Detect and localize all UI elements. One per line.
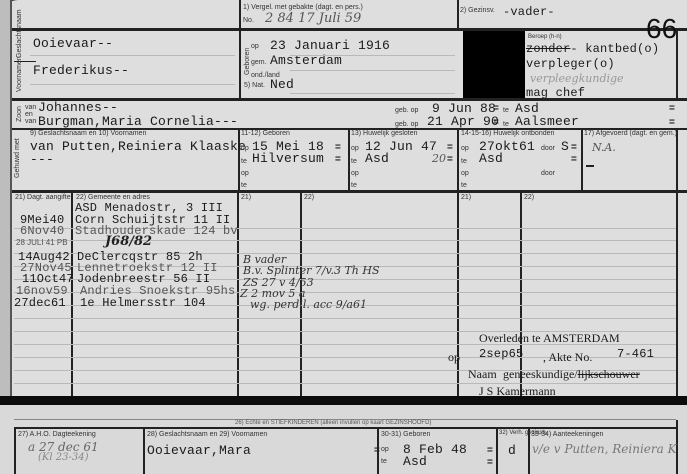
op-label: op xyxy=(461,145,469,152)
child-name: Ooievaar,Mara xyxy=(147,443,251,458)
marriage-hand: 20 xyxy=(432,152,446,165)
te-label: te xyxy=(351,182,357,189)
spouse-name-label: 9) Geslachtsnaam en 10) Voornamen xyxy=(30,130,146,137)
te-label: te xyxy=(381,458,387,465)
birth-date: 23 Januari 1916 xyxy=(270,38,390,53)
mother-place: Aalsmeer xyxy=(515,114,579,129)
no-value: 2 84 17 Juli 59 xyxy=(265,11,361,26)
rule xyxy=(14,383,676,384)
dash-mark xyxy=(586,165,594,167)
ontbonden-label: 14-15-16) Huwelijk ontbonden xyxy=(461,130,554,137)
door-label: door xyxy=(541,145,555,152)
zoon-label: Zoon xyxy=(16,106,23,122)
aho-hand2: (Kl 23-34) xyxy=(38,452,88,463)
te-label: te xyxy=(351,158,357,165)
col2-label-22: 22) xyxy=(304,194,314,201)
eq-mark: = xyxy=(493,117,499,128)
rule xyxy=(348,128,350,190)
te-label: te xyxy=(461,158,467,165)
rule xyxy=(676,190,678,396)
beroep-struck: zonder xyxy=(526,42,570,56)
mother-birth: 21 Apr 90 xyxy=(427,114,499,129)
dissolved-place: Asd xyxy=(479,151,503,166)
van-label-2: van xyxy=(25,118,36,125)
death-date: 2sep65 xyxy=(479,347,523,361)
rule xyxy=(14,427,16,474)
address-text: Stadhouderskade 124 bv xyxy=(75,224,238,238)
col3-label-21: 21) xyxy=(461,194,471,201)
redacted-photo xyxy=(463,31,525,98)
eq-mark: = xyxy=(487,445,493,456)
rule xyxy=(71,190,73,396)
eq-mark: = xyxy=(447,154,453,165)
eq-mark: = xyxy=(571,154,577,165)
op-label: op xyxy=(381,446,389,453)
aant-hand: v/e v Putten, Reiniera K xyxy=(532,442,677,456)
vergel-label: 1) Vergel. met gebakte (dagt. en pers.) xyxy=(243,4,363,11)
child-birth-place: Asd xyxy=(403,454,427,469)
eq-mark: = xyxy=(335,154,341,165)
rule xyxy=(581,128,583,190)
door-label-2: door xyxy=(541,170,555,177)
persoonskaart-bottom xyxy=(0,405,687,474)
eq-mark: = xyxy=(669,103,675,114)
te-label: te xyxy=(461,182,467,189)
gezinsv-label: 2) Gezinsv. xyxy=(460,7,495,14)
col2-label-21: 21) xyxy=(241,194,251,201)
op-label: op xyxy=(351,170,359,177)
en-label: en xyxy=(25,111,33,118)
op-label: op xyxy=(351,145,359,152)
rule xyxy=(290,55,455,56)
op-label: op xyxy=(241,145,249,152)
spouse-birth-place: Hilversum xyxy=(252,151,324,166)
children-header: 26) Echte en STIEFKINDEREN (alleen invul… xyxy=(235,420,431,426)
child-geboren-label: 30-31) Geboren xyxy=(381,431,430,438)
rule xyxy=(14,61,36,62)
rule xyxy=(14,318,676,319)
eq-mark: = xyxy=(571,142,577,153)
geneeskundige-label: geneeskundige/lijkschouwer xyxy=(503,367,640,382)
van-label: van xyxy=(25,104,36,111)
surname: Ooievaar-- xyxy=(33,36,113,51)
rule xyxy=(14,427,676,429)
rule xyxy=(237,190,239,396)
spouse-name-cont: --- xyxy=(30,152,54,167)
eq-mark: = xyxy=(669,117,675,128)
rule xyxy=(496,427,498,474)
nationality: Ned xyxy=(270,77,294,92)
dagt-aangifte-label: 21) Dagt. aangifte xyxy=(15,194,71,201)
nat-label: 5) Nat. xyxy=(244,82,265,89)
eq-mark: = xyxy=(447,142,453,153)
gemeente-adres-label: 22) Gemeente en adres xyxy=(76,194,150,201)
aant-label: 33-34) Aanteekeningen xyxy=(531,431,603,438)
col3-label-22: 22) xyxy=(524,194,534,201)
aho-label: 27) A.H.O. Dagteekening xyxy=(18,431,96,438)
death-op-label: op xyxy=(448,350,460,365)
op-label: op xyxy=(241,170,249,177)
eq-mark: = xyxy=(335,142,341,153)
rule xyxy=(457,128,459,190)
op-label: op xyxy=(251,43,259,50)
afgevoerd-label: 17) Afgevoerd (dagt. en gem.) xyxy=(584,130,677,137)
beroep-hand: verpleegkundige xyxy=(530,72,624,85)
verh-value: d xyxy=(508,443,516,458)
card-number: 66 xyxy=(646,13,677,45)
te-label: te xyxy=(503,107,509,114)
rule xyxy=(238,128,240,190)
akte-no: 7-461 xyxy=(617,347,654,361)
geslachtsnaam-side-label: Geslachtsnaam xyxy=(16,9,23,58)
afgevoerd-hand: N.A. xyxy=(592,141,616,154)
note-line: wg. perdil. acc 9/a61 xyxy=(250,298,367,311)
eq-mark: = xyxy=(374,445,380,456)
gehuwd-met-label: Gehuwd met xyxy=(14,138,21,178)
rule xyxy=(457,0,459,30)
geb-op-label-2: geb. op xyxy=(395,121,418,128)
marriage-place: Asd xyxy=(365,151,389,166)
huwelijk-label: 13) Huwelijk gesloten xyxy=(351,130,418,137)
child-name-label: 28) Geslachtsnaam en 29) Voornamen xyxy=(147,431,267,438)
address-text: J68/82 xyxy=(105,234,152,249)
death-line1: Overleden te AMSTERDAM xyxy=(479,331,620,346)
beroep-label: Beroep (h-n) xyxy=(528,34,562,40)
te-label: te xyxy=(241,158,247,165)
address-date: 27dec61 xyxy=(14,296,66,310)
father-name: Johannes-- xyxy=(38,100,118,115)
eq-mark: = xyxy=(487,457,493,468)
address-date: 28 JULI 41 PB xyxy=(16,238,68,247)
rule xyxy=(30,84,235,85)
rule xyxy=(12,28,687,31)
akte-label: , Akte No. xyxy=(543,350,592,365)
given-names: Frederikus-- xyxy=(33,63,129,78)
beroep-line1: zonder- kantbed(o) xyxy=(526,42,659,56)
spouse-name: van Putten,Reiniera Klaaske xyxy=(30,139,246,154)
gem-label: gem. xyxy=(251,59,267,66)
op-label: op xyxy=(461,170,469,177)
geb-op-label: geb. op xyxy=(395,107,418,114)
rule xyxy=(290,93,455,94)
rule xyxy=(239,0,241,98)
spouse-geboren-label: 11-12) Geboren xyxy=(241,130,290,137)
beroep-line1-rest: - kantbed(o) xyxy=(570,42,659,56)
rule xyxy=(143,427,145,474)
rule xyxy=(457,190,459,396)
address-text: 1e Helmersstr 104 xyxy=(80,296,206,310)
geboren-side-label: Geboren xyxy=(244,48,251,75)
rule xyxy=(676,128,678,190)
doctor-name: J S Kamermann xyxy=(479,384,556,399)
address-date: 6Nov40 xyxy=(20,224,64,238)
te-label: te xyxy=(241,182,247,189)
beroep-line2: verpleger(o) xyxy=(526,57,615,71)
lijkschouwer: lijkschouwer xyxy=(578,367,640,381)
naam-label: Naam xyxy=(468,367,497,382)
rule xyxy=(290,70,455,71)
no-label: No. xyxy=(243,17,254,24)
rule xyxy=(520,190,522,396)
rule xyxy=(30,55,235,56)
eq-mark: = xyxy=(493,103,499,114)
geneeskundige: geneeskundige/ xyxy=(503,367,578,381)
door-value: S xyxy=(561,139,569,154)
rule xyxy=(12,190,687,193)
mother-name: Burgman,Maria Cornelia--- xyxy=(38,114,238,129)
te-label-2: te xyxy=(503,121,509,128)
gezinsv-value: -vader- xyxy=(503,5,555,19)
